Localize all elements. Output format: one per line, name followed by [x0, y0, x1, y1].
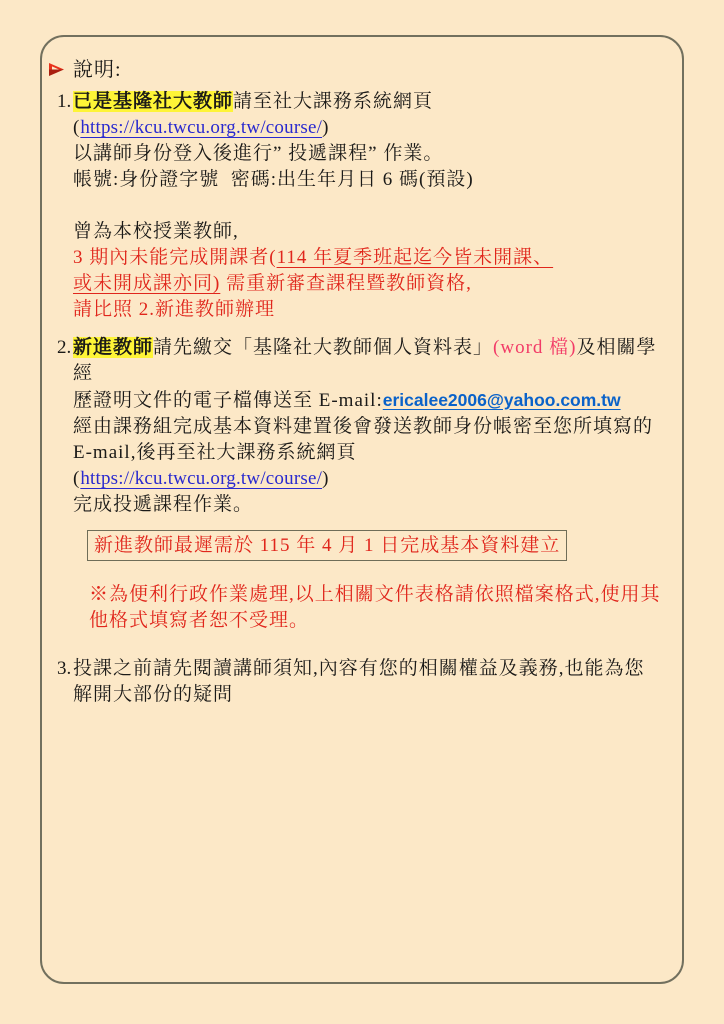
format-warning-line-2: 他格式填寫者恕不受理。	[89, 608, 671, 634]
reaudit-text-underlined-2: 或未開成課亦同)	[73, 273, 220, 294]
item-1: 1.已是基隆社大教師請至社大課務系統網頁 (https://kcu.twcu.o…	[57, 89, 671, 193]
read-notice-text-2: 解開大部份的疑問	[73, 684, 233, 705]
paren-close: )	[322, 117, 329, 138]
note-line-3: 或未開成課亦同) 需重新審查課程暨教師資格,	[73, 271, 671, 297]
former-teacher-note: 曾為本校授業教師, 3 期內未能完成開課者(114 年夏季班起迄今皆未開課、 或…	[57, 219, 671, 323]
item-1-line-4: 帳號:身份證字號 密碼:出生年月日 6 碼(預設)	[73, 167, 671, 193]
item-2-line-3: 經由課務組完成基本資料建置後會發送教師身份帳密至您所填寫的	[73, 414, 671, 440]
item-1-line-1-text: 請至社大課務系統網頁	[233, 91, 433, 112]
format-warning-text-1: ※為便利行政作業處理,以上相關文件表格請依照檔案格式,使用其	[89, 584, 661, 605]
item-3-marker: 3.	[57, 656, 73, 682]
send-email-text: 歷證明文件的電子檔傳送至 E-mail:	[73, 390, 383, 411]
note-line-4: 請比照 2.新進教師辦理	[73, 297, 671, 323]
reaudit-text-underlined: 114 年夏季班起迄今皆未開課、	[277, 247, 554, 268]
format-warning-line-1: ※為便利行政作業處理,以上相關文件表格請依照檔案格式,使用其	[89, 582, 671, 608]
submit-form-text: 請先繳交「基隆社大教師個人資料表」	[153, 337, 493, 358]
then-goto-text: E-mail,後再至社大課務系統網頁	[73, 442, 356, 463]
new-teacher-highlight: 新進教師	[73, 337, 153, 358]
reaudit-text-plain: 3 期內未能完成開課者(	[73, 247, 277, 268]
reaudit-text-plain-2: 需重新審查課程暨教師資格,	[220, 273, 472, 294]
former-teacher-text: 曾為本校授業教師,	[73, 221, 239, 242]
explanation-heading: 說明:	[48, 57, 671, 84]
heading-label: 說明:	[73, 59, 122, 81]
item-2-line-1: 2.新進教師請先繳交「基隆社大教師個人資料表」(word 檔)及相關學經	[73, 335, 671, 387]
document-content: 說明: 1.已是基隆社大教師請至社大課務系統網頁 (https://kcu.tw…	[57, 57, 671, 708]
item-3-line-1: 3.投課之前請先閱讀講師須知,內容有您的相關權益及義務,也能為您	[73, 656, 671, 682]
item-1-marker: 1.	[57, 89, 73, 115]
item-2-line-2: 歷證明文件的電子檔傳送至 E-mail:ericalee2006@yahoo.c…	[73, 387, 671, 414]
note-line-1: 曾為本校授業教師,	[73, 219, 671, 245]
login-instruction-text: 以講師身份登入後進行” 投遞課程” 作業。	[73, 143, 443, 164]
item-2: 2.新進教師請先繳交「基隆社大教師個人資料表」(word 檔)及相關學經 歷證明…	[57, 335, 671, 518]
item-1-line-3: 以講師身份登入後進行” 投遞課程” 作業。	[73, 141, 671, 167]
follow-item2-text: 請比照 2.新進教師辦理	[73, 299, 275, 320]
arrow-bullet-icon	[48, 58, 73, 84]
complete-submission-text: 完成投遞課程作業。	[73, 494, 253, 515]
paren-close-2: )	[322, 468, 329, 489]
existing-teacher-highlight: 已是基隆社大教師	[73, 91, 233, 112]
item-1-line-2: (https://kcu.twcu.org.tw/course/)	[73, 115, 671, 141]
format-warning-text-2: 他格式填寫者恕不受理。	[89, 610, 309, 631]
account-setup-text: 經由課務組完成基本資料建置後會發送教師身份帳密至您所填寫的	[73, 416, 653, 437]
word-file-note: (word 檔)	[493, 337, 576, 358]
format-warning-note: ※為便利行政作業處理,以上相關文件表格請依照檔案格式,使用其 他格式填寫者恕不受…	[57, 582, 671, 634]
item-2-marker: 2.	[57, 335, 73, 361]
course-system-link-2[interactable]: https://kcu.twcu.org.tw/course/	[80, 468, 322, 489]
item-2-line-5: (https://kcu.twcu.org.tw/course/)	[73, 466, 671, 492]
note-line-2: 3 期內未能完成開課者(114 年夏季班起迄今皆未開課、	[73, 245, 671, 271]
item-2-line-4: E-mail,後再至社大課務系統網頁	[73, 440, 671, 466]
course-system-link[interactable]: https://kcu.twcu.org.tw/course/	[80, 117, 322, 138]
deadline-row: 新進教師最遲需於 115 年 4 月 1 日完成基本資料建立	[57, 530, 671, 561]
read-notice-text: 投課之前請先閱讀講師須知,內容有您的相關權益及義務,也能為您	[73, 658, 645, 679]
item-2-line-6: 完成投遞課程作業。	[73, 492, 671, 518]
item-1-line-1: 1.已是基隆社大教師請至社大課務系統網頁	[73, 89, 671, 115]
item-3-line-2: 解開大部份的疑問	[73, 682, 671, 708]
email-link[interactable]: ericalee2006@yahoo.com.tw	[383, 390, 621, 410]
deadline-box: 新進教師最遲需於 115 年 4 月 1 日完成基本資料建立	[87, 530, 567, 561]
item-3: 3.投課之前請先閱讀講師須知,內容有您的相關權益及義務,也能為您 解開大部份的疑…	[57, 656, 671, 708]
account-password-text: 帳號:身份證字號 密碼:出生年月日 6 碼(預設)	[73, 169, 474, 190]
